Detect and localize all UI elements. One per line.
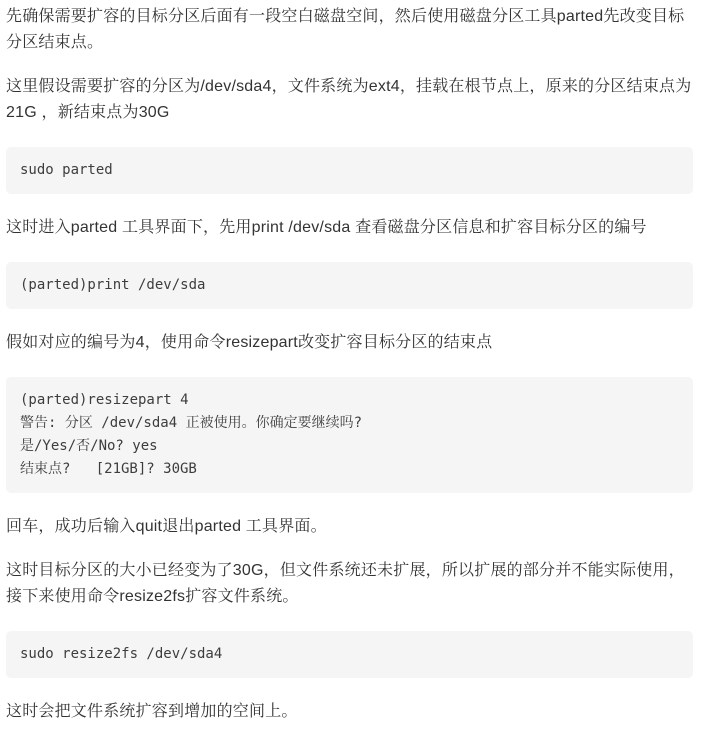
code-block-parted-print: (parted)print /dev/sda [6,262,693,309]
paragraph-print-info: 这时进入parted 工具界面下，先用print /dev/sda 查看磁盘分区… [6,215,693,241]
code-block-resizepart-session: (parted)resizepart 4 警告: 分区 /dev/sda4 正被… [6,377,693,493]
paragraph-resize2fs-intro: 这时目标分区的大小已经变为了30G，但文件系统还未扩展，所以扩展的部分并不能实际… [6,558,693,610]
paragraph-assumptions: 这里假设需要扩容的分区为/dev/sda4，文件系统为ext4，挂载在根节点上，… [6,74,693,126]
code-block-resize2fs: sudo resize2fs /dev/sda4 [6,631,693,678]
paragraph-conclusion: 这时会把文件系统扩容到增加的空间上。 [6,699,693,725]
paragraph-intro: 先确保需要扩容的目标分区后面有一段空白磁盘空间，然后使用磁盘分区工具parted… [6,4,693,56]
paragraph-quit: 回车，成功后输入quit退出parted 工具界面。 [6,514,693,540]
article-body: 先确保需要扩容的目标分区后面有一段空白磁盘空间，然后使用磁盘分区工具parted… [6,4,693,725]
code-block-sudo-parted: sudo parted [6,147,693,194]
paragraph-resizepart-intro: 假如对应的编号为4，使用命令resizepart改变扩容目标分区的结束点 [6,330,693,356]
